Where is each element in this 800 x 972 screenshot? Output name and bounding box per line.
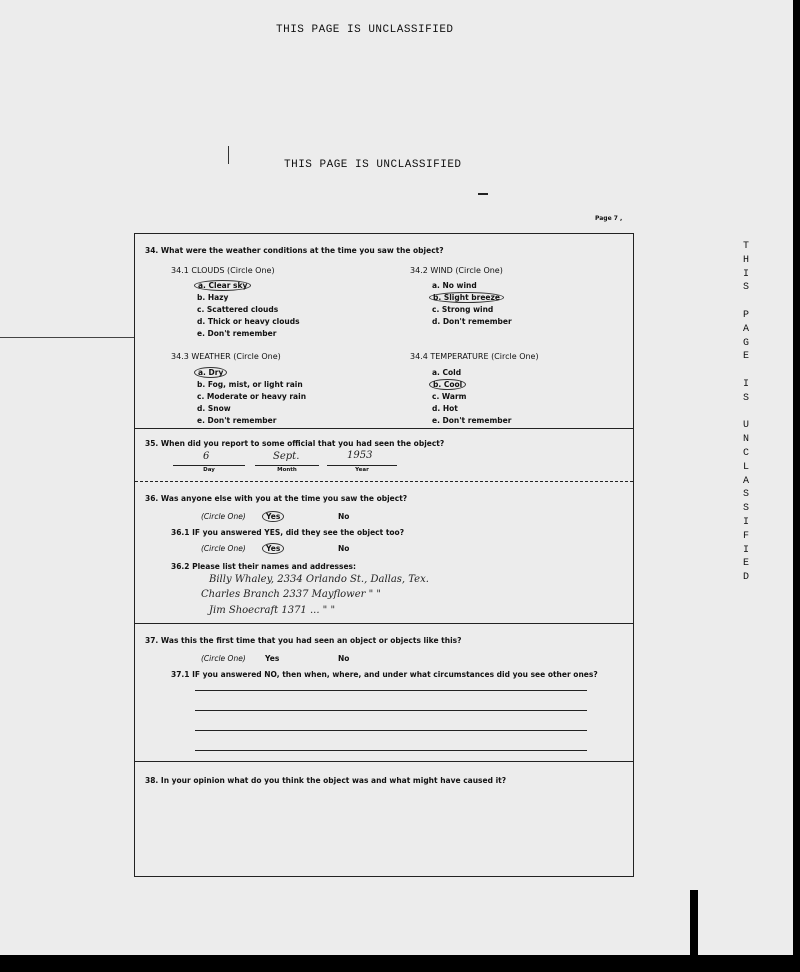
vertical-stamp-letter: T (740, 240, 752, 254)
vertical-stamp-letter (740, 406, 752, 420)
vertical-stamp-letter: S (740, 502, 752, 516)
vertical-stamp-letter: L (740, 461, 752, 475)
temperature-option-e[interactable]: e. Don't remember (432, 416, 511, 425)
clouds-option-c[interactable]: c. Scattered clouds (197, 305, 278, 314)
vertical-stamp-letter: S (740, 488, 752, 502)
question-35: 35. When did you report to some official… (145, 439, 444, 448)
weather-option-a[interactable]: a. Dry (194, 367, 227, 378)
weather-title: 34.3 WEATHER (Circle One) (171, 352, 281, 361)
report-month-value[interactable]: Sept. (273, 451, 299, 462)
question-36-2: 36.2 Please list their names and address… (171, 562, 356, 571)
bracket-mark (228, 146, 229, 164)
vertical-stamp-letter: A (740, 323, 752, 337)
vertical-stamp-letter: D (740, 571, 752, 585)
witness-name-1[interactable]: Billy Whaley, 2334 Orlando St., Dallas, … (209, 574, 429, 585)
q36-1-yes-option[interactable]: Yes (262, 543, 284, 554)
vertical-stamp-letter: G (740, 337, 752, 351)
classification-stamp-top: THIS PAGE IS UNCLASSIFIED (276, 24, 454, 36)
vertical-stamp-letter: S (740, 281, 752, 295)
wind-option-d[interactable]: d. Don't remember (432, 317, 512, 326)
wind-option-a[interactable]: a. No wind (432, 281, 477, 290)
section-37: 37. Was this the first time that you had… (135, 624, 633, 762)
vertical-stamp-letter: I (740, 516, 752, 530)
day-label: Day (173, 467, 245, 473)
vertical-stamp-letter: E (740, 557, 752, 571)
scan-border-right (793, 0, 800, 972)
scan-mark (478, 193, 488, 195)
report-year-value[interactable]: 1953 (347, 450, 372, 461)
vertical-stamp-letter: F (740, 530, 752, 544)
scan-artifact (690, 890, 698, 955)
classification-stamp-middle: THIS PAGE IS UNCLASSIFIED (284, 159, 462, 171)
section-35: 35. When did you report to some official… (135, 429, 633, 482)
witness-name-2[interactable]: Charles Branch 2337 Mayflower " " (201, 589, 381, 600)
q37-no-option[interactable]: No (338, 654, 349, 663)
clouds-option-b[interactable]: b. Hazy (197, 293, 228, 302)
vertical-stamp-letter: P (740, 309, 752, 323)
vertical-stamp-letter (740, 295, 752, 309)
vertical-stamp-letter (740, 364, 752, 378)
clouds-option-a[interactable]: a. Clear sky (194, 280, 251, 291)
answer-line-4[interactable] (195, 750, 587, 751)
circle-one-label-37: (Circle One) (201, 654, 246, 663)
clouds-option-e[interactable]: e. Don't remember (197, 329, 276, 338)
weather-option-c[interactable]: c. Moderate or heavy rain (197, 392, 306, 401)
section-38: 38. In your opinion what do you think th… (135, 762, 633, 875)
answer-line-1[interactable] (195, 690, 587, 691)
question-36-1: 36.1 IF you answered YES, did they see t… (171, 528, 404, 537)
vertical-stamp-letter: S (740, 392, 752, 406)
temperature-option-b[interactable]: b. Cool (429, 379, 466, 390)
vertical-stamp-letter: A (740, 475, 752, 489)
vertical-stamp-letter: I (740, 544, 752, 558)
page-number: Page 7 , (595, 215, 622, 222)
weather-option-b[interactable]: b. Fog, mist, or light rain (197, 380, 303, 389)
temperature-option-a[interactable]: a. Cold (432, 368, 461, 377)
month-label: Month (255, 467, 319, 473)
vertical-stamp-letter: C (740, 447, 752, 461)
wind-option-b[interactable]: b. Slight breeze (429, 292, 504, 303)
question-38: 38. In your opinion what do you think th… (145, 776, 506, 785)
question-37: 37. Was this the first time that you had… (145, 636, 461, 645)
temperature-title: 34.4 TEMPERATURE (Circle One) (410, 352, 539, 361)
q37-yes-option[interactable]: Yes (265, 654, 279, 663)
temperature-option-c[interactable]: c. Warm (432, 392, 467, 401)
vertical-stamp-letter: H (740, 254, 752, 268)
vertical-stamp-letter: I (740, 268, 752, 282)
question-34: 34. What were the weather conditions at … (145, 246, 444, 255)
circle-one-label-36-1: (Circle One) (201, 544, 246, 553)
scan-border-bottom (0, 955, 800, 972)
question-36: 36. Was anyone else with you at the time… (145, 494, 407, 503)
clouds-option-d[interactable]: d. Thick or heavy clouds (197, 317, 300, 326)
q36-yes-option[interactable]: Yes (262, 511, 284, 522)
section-34: 34. What were the weather conditions at … (135, 234, 633, 429)
answer-line-3[interactable] (195, 730, 587, 731)
weather-option-e[interactable]: e. Don't remember (197, 416, 276, 425)
section-36: 36. Was anyone else with you at the time… (135, 482, 633, 624)
vertical-stamp-letter: E (740, 350, 752, 364)
q36-no-option[interactable]: No (338, 512, 349, 521)
witness-name-3[interactable]: Jim Shoecraft 1371 ... " " (209, 605, 335, 616)
clouds-title: 34.1 CLOUDS (Circle One) (171, 266, 275, 275)
question-37-1: 37.1 IF you answered NO, then when, wher… (171, 670, 598, 679)
q36-1-no-option[interactable]: No (338, 544, 349, 553)
classification-stamp-vertical: THIS PAGE IS UNCLASSIFIED (740, 240, 752, 585)
vertical-stamp-letter: N (740, 433, 752, 447)
temperature-option-d[interactable]: d. Hot (432, 404, 458, 413)
vertical-stamp-letter: I (740, 378, 752, 392)
answer-line-2[interactable] (195, 710, 587, 711)
wind-option-c[interactable]: c. Strong wind (432, 305, 493, 314)
circle-one-label-36: (Circle One) (201, 512, 246, 521)
year-label: Year (327, 467, 397, 473)
vertical-stamp-letter: U (740, 419, 752, 433)
questionnaire-form: 34. What were the weather conditions at … (134, 233, 634, 877)
wind-title: 34.2 WIND (Circle One) (410, 266, 503, 275)
weather-option-d[interactable]: d. Snow (197, 404, 231, 413)
margin-line (0, 337, 134, 338)
report-day-value[interactable]: 6 (203, 451, 209, 462)
